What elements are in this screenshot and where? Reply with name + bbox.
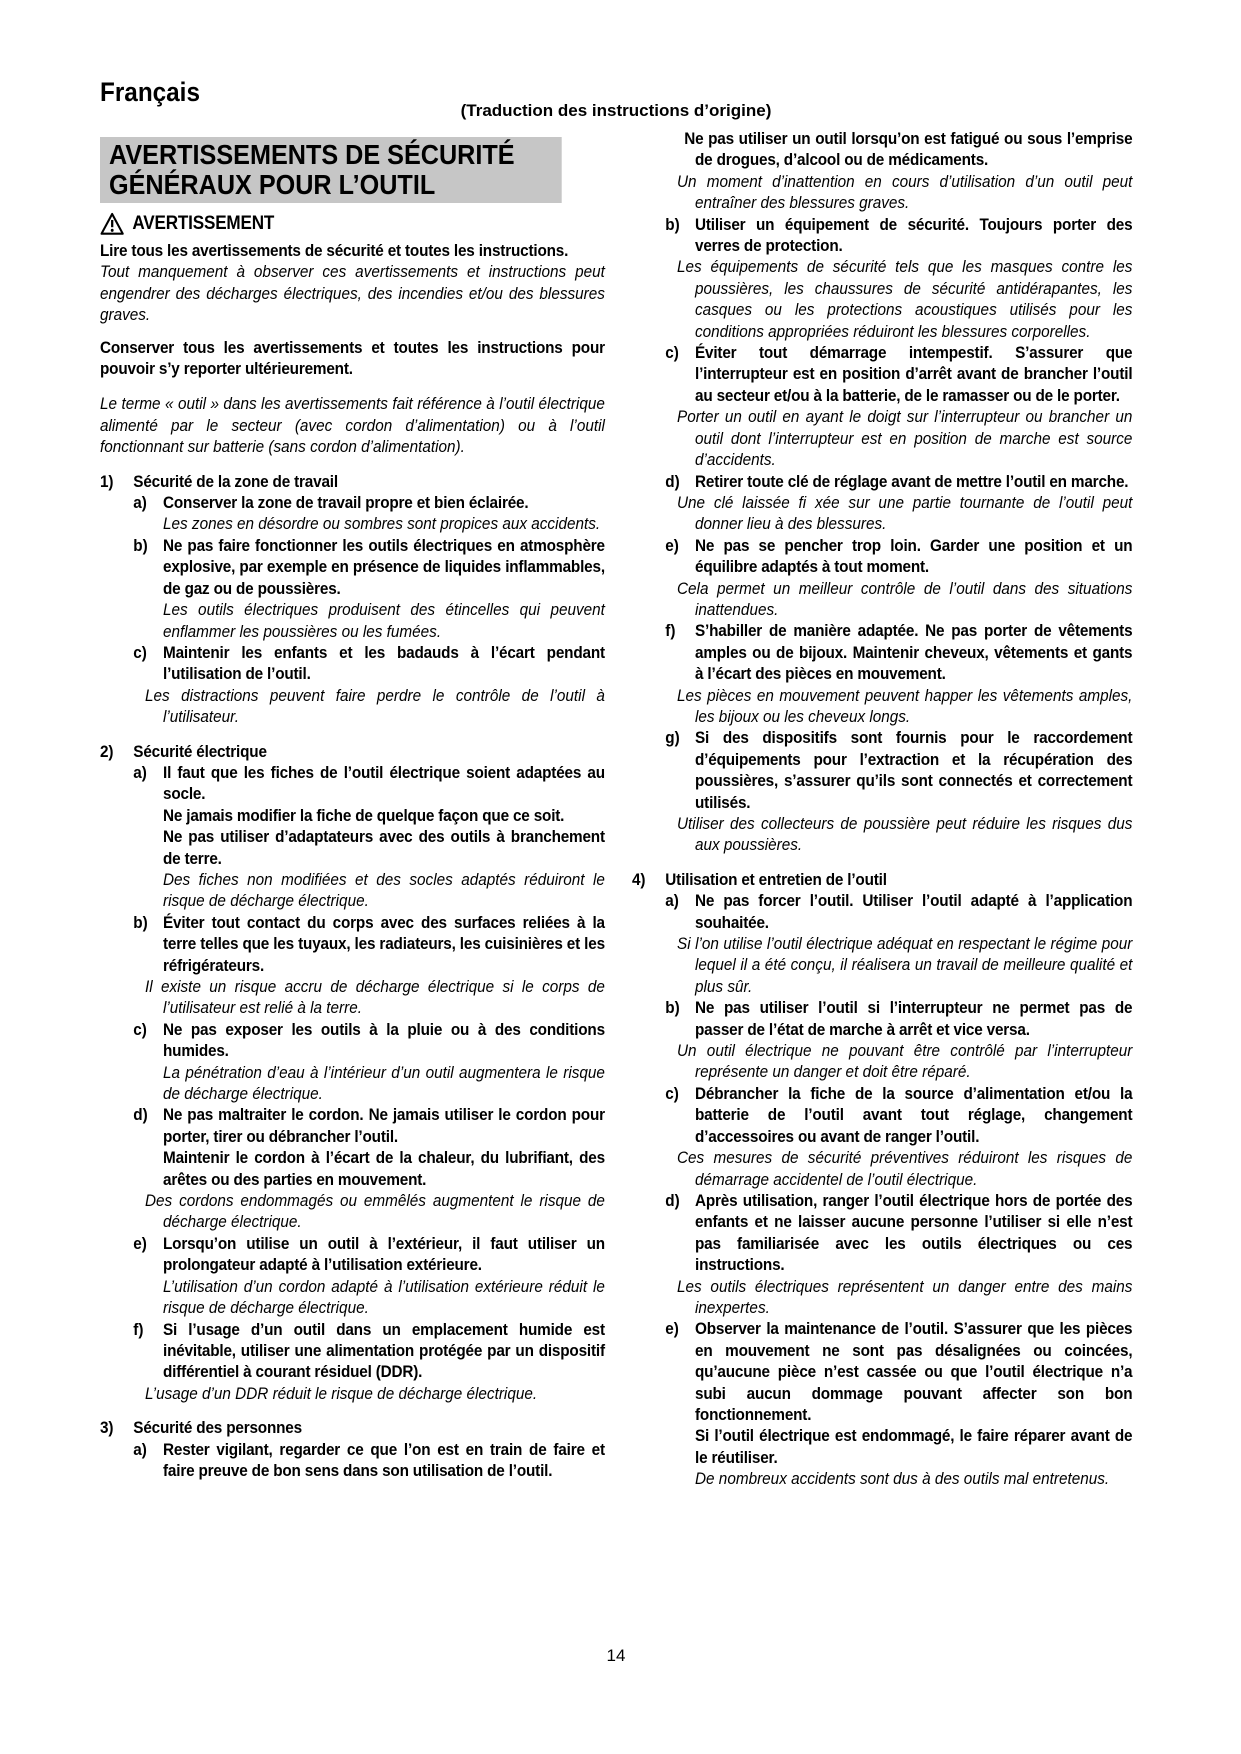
section-number: 1) — [100, 471, 113, 492]
item-explanation: Des cordons endommagés ou emmêlés augmen… — [163, 1190, 605, 1233]
item-explanation: Les outils électriques produisent des ét… — [163, 599, 605, 642]
item-heading: S’habiller de manière adaptée. Ne pas po… — [695, 620, 1132, 684]
item-explanation: Ces mesures de sécurité préventives rédu… — [695, 1147, 1132, 1190]
safety-item-continuation: Ne pas utiliser un outil lorsqu’on est f… — [632, 128, 1132, 214]
safety-item: e) Observer la maintenance de l’outil. S… — [632, 1318, 1132, 1489]
item-letter: f) — [665, 620, 675, 641]
warning-header: AVERTISSEMENT — [100, 211, 605, 237]
section-heading: 1) Sécurité de la zone de travail — [100, 471, 605, 492]
intro-read-all-bold: Lire tous les avertissements de sécurité… — [100, 240, 605, 261]
document-page: (Traduction des instructions d’origine) … — [0, 0, 1241, 1754]
item-letter: e) — [133, 1233, 147, 1254]
item-explanation: Les pièces en mouvement peuvent happer l… — [695, 685, 1132, 728]
item-explanation: L’usage d’un DDR réduit le risque de déc… — [163, 1383, 605, 1404]
item-letter: e) — [665, 1318, 679, 1339]
item-letter: c) — [665, 1083, 679, 1104]
section-tool-use-care: 4) Utilisation et entretien de l’outil a… — [632, 869, 1132, 1490]
safety-item: a) Il faut que les fiches de l’outil éle… — [100, 762, 605, 912]
section-number: 2) — [100, 741, 113, 762]
section-title-text: Sécurité des personnes — [133, 1418, 302, 1437]
safety-item: c) Maintenir les enfants et les badauds … — [100, 642, 605, 728]
item-explanation: Des fiches non modifiées et des socles a… — [163, 869, 605, 912]
safety-item: g) Si des dispositifs sont fournis pour … — [632, 727, 1132, 855]
page-number: 14 — [100, 1646, 1132, 1666]
safety-item: c) Éviter tout démarrage intempestif. S’… — [632, 342, 1132, 470]
item-letter: c) — [133, 642, 147, 663]
item-heading: Débrancher la fiche de la source d’alime… — [695, 1083, 1132, 1147]
item-letter: c) — [665, 342, 679, 363]
safety-item: a) Ne pas forcer l’outil. Utiliser l’out… — [632, 890, 1132, 997]
safety-item: e) Ne pas se pencher trop loin. Garder u… — [632, 535, 1132, 621]
item-heading: Ne pas se pencher trop loin. Garder une … — [695, 535, 1132, 578]
item-letter: c) — [133, 1019, 147, 1040]
item-letter: e) — [665, 535, 679, 556]
title-line-2: GÉNÉRAUX POUR L’OUTIL — [109, 170, 553, 200]
section-title-text: Utilisation et entretien de l’outil — [665, 870, 887, 889]
item-explanation: Il existe un risque accru de décharge él… — [163, 976, 605, 1019]
item-heading: Conserver la zone de travail propre et b… — [163, 492, 605, 513]
safety-item: e) Lorsqu’on utilise un outil à l’extéri… — [100, 1233, 605, 1319]
section-number: 3) — [100, 1417, 113, 1438]
item-heading: Maintenir les enfants et les badauds à l… — [163, 642, 605, 685]
right-column: Ne pas utiliser un outil lorsqu’on est f… — [632, 128, 1132, 1490]
title-line-1: AVERTISSEMENTS DE SÉCURITÉ — [109, 140, 553, 170]
safety-item: d) Après utilisation, ranger l’outil éle… — [632, 1190, 1132, 1318]
safety-item: b) Ne pas utiliser l’outil si l’interrup… — [632, 997, 1132, 1083]
item-letter: b) — [133, 912, 147, 933]
section-heading: 3) Sécurité des personnes — [100, 1417, 605, 1438]
section-heading: 4) Utilisation et entretien de l’outil — [632, 869, 1132, 890]
item-heading: Rester vigilant, regarder ce que l’on es… — [163, 1439, 605, 1482]
section-work-area: 1) Sécurité de la zone de travail a) Con… — [100, 471, 605, 728]
item-letter: d) — [665, 471, 679, 492]
item-letter: b) — [665, 997, 679, 1018]
safety-item: b) Ne pas faire fonctionner les outils é… — [100, 535, 605, 642]
item-explanation: Les zones en désordre ou sombres sont pr… — [163, 513, 605, 534]
safety-item: c) Ne pas exposer les outils à la pluie … — [100, 1019, 605, 1105]
item-letter: f) — [133, 1319, 143, 1340]
item-letter: g) — [665, 727, 679, 748]
safety-item: a) Conserver la zone de travail propre e… — [100, 492, 605, 535]
item-explanation: Utiliser des collecteurs de poussière pe… — [695, 813, 1132, 856]
intro-keep-bold: Conserver tous les avertissements et tou… — [100, 337, 605, 380]
item-heading: Éviter tout démarrage intempestif. S’ass… — [695, 342, 1132, 406]
item-explanation: L’utilisation d’un cordon adapté à l’uti… — [163, 1276, 605, 1319]
item-heading: Ne pas maltraiter le cordon. Ne jamais u… — [163, 1104, 605, 1190]
item-letter: a) — [133, 492, 147, 513]
item-letter: d) — [665, 1190, 679, 1211]
item-letter: a) — [133, 1439, 147, 1460]
section-heading: 2) Sécurité électrique — [100, 741, 605, 762]
item-letter: b) — [665, 214, 679, 235]
safety-item: f) S’habiller de manière adaptée. Ne pas… — [632, 620, 1132, 727]
item-explanation: La pénétration d’eau à l’intérieur d’un … — [163, 1062, 605, 1105]
warning-label: AVERTISSEMENT — [132, 213, 274, 234]
safety-item: d) Ne pas maltraiter le cordon. Ne jamai… — [100, 1104, 605, 1232]
item-explanation: De nombreux accidents sont dus à des out… — [695, 1468, 1132, 1489]
section-number: 4) — [632, 869, 645, 890]
intro-term-italic: Le terme « outil » dans les avertissemen… — [100, 393, 605, 457]
item-heading: Utiliser un équipement de sécurité. Touj… — [695, 214, 1132, 257]
item-heading: Éviter tout contact du corps avec des su… — [163, 912, 605, 976]
item-letter: a) — [665, 890, 679, 911]
item-heading: Ne pas forcer l’outil. Utiliser l’outil … — [695, 890, 1132, 933]
section-personal-safety: 3) Sécurité des personnes a) Rester vigi… — [100, 1417, 605, 1481]
item-heading: Il faut que les fiches de l’outil électr… — [163, 762, 605, 869]
item-heading: Si des dispositifs sont fournis pour le … — [695, 727, 1132, 813]
section-title-box: AVERTISSEMENTS DE SÉCURITÉ GÉNÉRAUX POUR… — [100, 137, 562, 203]
item-explanation: Un outil électrique ne pouvant être cont… — [695, 1040, 1132, 1083]
item-explanation: Un moment d’inattention en cours d’utili… — [695, 171, 1132, 214]
language-heading: Français — [100, 76, 605, 108]
item-heading: Après utilisation, ranger l’outil électr… — [695, 1190, 1132, 1276]
item-heading-continued: Ne pas utiliser un outil lorsqu’on est f… — [695, 128, 1132, 171]
item-heading: Ne pas faire fonctionner les outils élec… — [163, 535, 605, 599]
left-column: Français AVERTISSEMENTS DE SÉCURITÉ GÉNÉ… — [100, 76, 605, 1481]
safety-item: b) Éviter tout contact du corps avec des… — [100, 912, 605, 1019]
item-explanation: Cela permet un meilleur contrôle de l’ou… — [695, 578, 1132, 621]
item-letter: a) — [133, 762, 147, 783]
section-title-text: Sécurité de la zone de travail — [133, 472, 338, 491]
warning-triangle-icon — [100, 212, 124, 236]
item-heading: Ne pas utiliser l’outil si l’interrupteu… — [695, 997, 1132, 1040]
safety-item: a) Rester vigilant, regarder ce que l’on… — [100, 1439, 605, 1482]
item-heading: Ne pas exposer les outils à la pluie ou … — [163, 1019, 605, 1062]
item-heading: Retirer toute clé de réglage avant de me… — [695, 471, 1132, 492]
item-heading: Lorsqu’on utilise un outil à l’extérieur… — [163, 1233, 605, 1276]
safety-item: b) Utiliser un équipement de sécurité. T… — [632, 214, 1132, 342]
item-heading: Observer la maintenance de l’outil. S’as… — [695, 1318, 1132, 1468]
item-explanation: Les distractions peuvent faire perdre le… — [163, 685, 605, 728]
item-letter: b) — [133, 535, 147, 556]
intro-read-all-italic: Tout manquement à observer ces avertisse… — [100, 261, 605, 325]
section-title-text: Sécurité électrique — [133, 742, 266, 761]
safety-item: d) Retirer toute clé de réglage avant de… — [632, 471, 1132, 535]
item-explanation: Porter un outil en ayant le doigt sur l’… — [695, 406, 1132, 470]
item-explanation: Les outils électriques représentent un d… — [695, 1276, 1132, 1319]
item-explanation: Si l’on utilise l’outil électrique adéqu… — [695, 933, 1132, 997]
safety-item: c) Débrancher la fiche de la source d’al… — [632, 1083, 1132, 1190]
item-heading: Si l’usage d’un outil dans un emplacemen… — [163, 1319, 605, 1383]
item-letter: d) — [133, 1104, 147, 1125]
section-electrical-safety: 2) Sécurité électrique a) Il faut que le… — [100, 741, 605, 1405]
item-explanation: Les équipements de sécurité tels que les… — [695, 256, 1132, 342]
item-explanation: Une clé laissée fi xée sur une partie to… — [695, 492, 1132, 535]
safety-item: f) Si l’usage d’un outil dans un emplace… — [100, 1319, 605, 1405]
